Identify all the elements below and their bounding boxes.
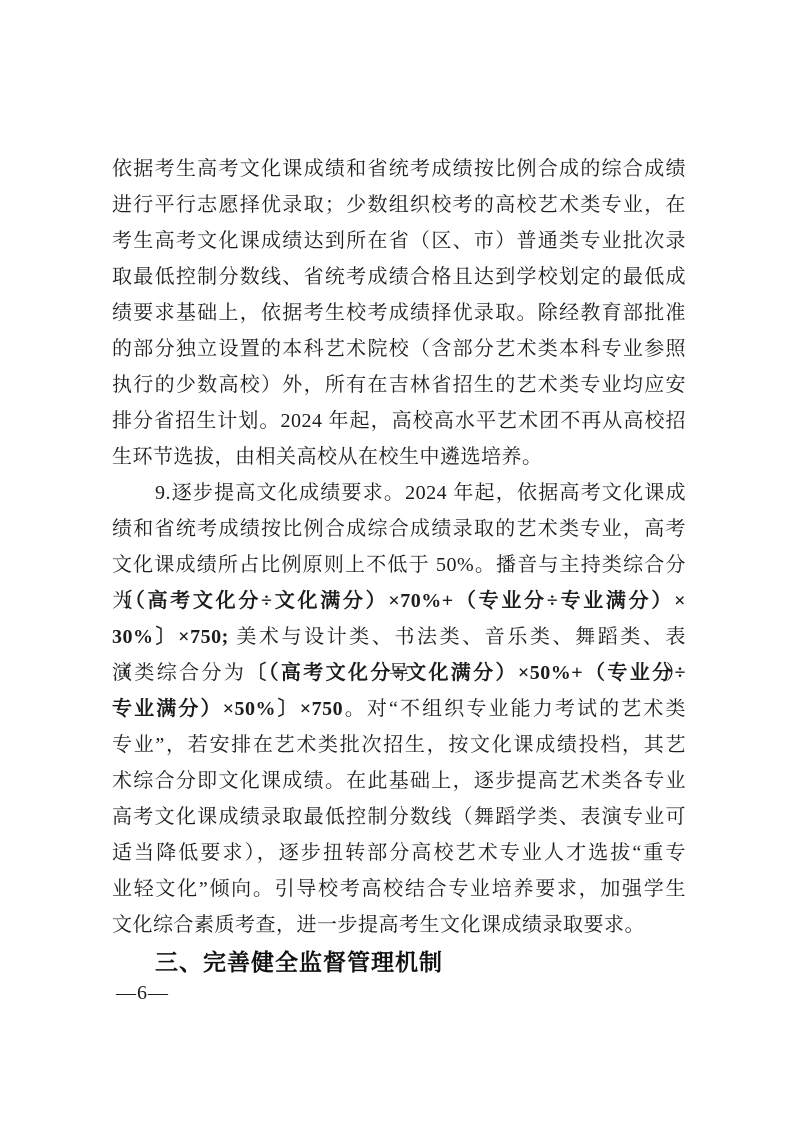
text-line: 考生高考文化课成绩达到所在省（区、市）普通类专业批次录 [112, 223, 686, 259]
body-lines: 依据考生高考文化课成绩和省统考成绩按比例合成的综合成绩进行平行志愿择优录取；少数… [112, 151, 686, 943]
text-line: 术综合分即文化课成绩。在此基础上，逐步提高艺术类各专业 [112, 763, 686, 799]
text-line: 高考文化课成绩录取最低控制分数线（舞蹈学类、表演专业可 [112, 799, 686, 835]
text-segment: 绩和省统考成绩按比例合成综合成绩录取的艺术类专业，高考 [112, 518, 686, 540]
text-segment: 生环节选拔，由相关高校从在校生中遴选培养。 [112, 446, 543, 468]
text-line: 〔（高考文化分÷文化满分）×70%+（专业分÷专业满分）× [112, 583, 686, 619]
document-body: 依据考生高考文化课成绩和省统考成绩按比例合成的综合成绩进行平行志愿择优录取；少数… [112, 151, 686, 981]
text-segment: 取最低控制分数线、省统考成绩合格且达到学校划定的最低成 [112, 266, 686, 288]
text-segment: 适当降低要求），逐步扭转部分高校艺术专业人才选拔“重专 [112, 842, 686, 864]
text-segment: 排分省招生计划。2024 年起，高校高水平艺术团不再从高校招 [112, 410, 686, 432]
bold-text-segment: 〔（高考文化分÷文化满分）×70%+（专业分÷专业满分）× [112, 590, 686, 612]
text-segment: 考生高考文化课成绩达到所在省（区、市）普通类专业批次录 [112, 230, 686, 252]
text-line: 绩和省统考成绩按比例合成综合成绩录取的艺术类专业，高考 [112, 511, 686, 547]
text-segment: 业轻文化”倾向。引导校考高校结合专业培养要求，加强学生 [112, 878, 686, 900]
text-segment: 绩要求基础上，依据考生校考成绩择优录取。除经教育部批准 [112, 302, 686, 324]
page-number: —6— [116, 982, 169, 1005]
text-line: 适当降低要求），逐步扭转部分高校艺术专业人才选拔“重专 [112, 835, 686, 871]
text-segment: 9.逐步提高文化成绩要求。2024 年起，依据高考文化课成 [155, 482, 686, 504]
text-line: 9.逐步提高文化成绩要求。2024 年起，依据高考文化课成 [112, 475, 686, 511]
document-page: 依据考生高考文化课成绩和省统考成绩按比例合成的综合成绩进行平行志愿择优录取；少数… [0, 0, 795, 1128]
text-line: 30%〕×750; 美术与设计类、书法类、音乐类、舞蹈类、表（导） [112, 619, 686, 655]
text-line: 业轻文化”倾向。引导校考高校结合专业培养要求，加强学生 [112, 871, 686, 907]
text-segment: 依据考生高考文化课成绩和省统考成绩按比例合成的综合成绩 [112, 158, 686, 180]
text-line: 依据考生高考文化课成绩和省统考成绩按比例合成的综合成绩 [112, 151, 686, 187]
text-segment: 。对“不组织专业能力考试的艺术类 [343, 698, 686, 720]
text-line: 专业”，若安排在艺术类批次招生，按文化课成绩投档，其艺 [112, 727, 686, 763]
bold-text-segment: 〔（高考文化分÷文化满分）×50%+（专业分÷ [246, 662, 686, 684]
text-line: 执行的少数高校）外，所有在吉林省招生的艺术类专业均应安 [112, 367, 686, 403]
text-line: 的部分独立设置的本科艺术院校（含部分艺术类本科专业参照 [112, 331, 686, 367]
bold-text-segment: 专业满分）×50%〕×750 [112, 698, 343, 720]
text-line: 文化综合素质考查，进一步提高考生文化课成绩录取要求。 [112, 907, 686, 943]
section-heading: 三、完善健全监督管理机制 [112, 943, 686, 981]
text-line: 专业满分）×50%〕×750。对“不组织专业能力考试的艺术类 [112, 691, 686, 727]
text-line: 绩要求基础上，依据考生校考成绩择优录取。除经教育部批准 [112, 295, 686, 331]
text-segment: 演类综合分为 [112, 662, 246, 684]
text-segment: 的部分独立设置的本科艺术院校（含部分艺术类本科专业参照 [112, 338, 686, 360]
text-segment: 执行的少数高校）外，所有在吉林省招生的艺术类专业均应安 [112, 374, 686, 396]
text-line: 进行平行志愿择优录取；少数组织校考的高校艺术类专业，在 [112, 187, 686, 223]
text-line: 演类综合分为〔（高考文化分÷文化满分）×50%+（专业分÷ [112, 655, 686, 691]
text-line: 文化课成绩所占比例原则上不低于 50%。播音与主持类综合分为 [112, 547, 686, 583]
text-segment: 高考文化课成绩录取最低控制分数线（舞蹈学类、表演专业可 [112, 806, 686, 828]
text-line: 排分省招生计划。2024 年起，高校高水平艺术团不再从高校招 [112, 403, 686, 439]
text-line: 生环节选拔，由相关高校从在校生中遴选培养。 [112, 439, 686, 475]
text-segment: 术综合分即文化课成绩。在此基础上，逐步提高艺术类各专业 [112, 770, 686, 792]
text-segment: 文化综合素质考查，进一步提高考生文化课成绩录取要求。 [112, 914, 645, 936]
text-line: 取最低控制分数线、省统考成绩合格且达到学校划定的最低成 [112, 259, 686, 295]
text-segment: 专业”，若安排在艺术类批次招生，按文化课成绩投档，其艺 [112, 734, 686, 756]
bold-text-segment: 30%〕×750; [112, 626, 236, 648]
text-segment: 进行平行志愿择优录取；少数组织校考的高校艺术类专业，在 [112, 194, 686, 216]
